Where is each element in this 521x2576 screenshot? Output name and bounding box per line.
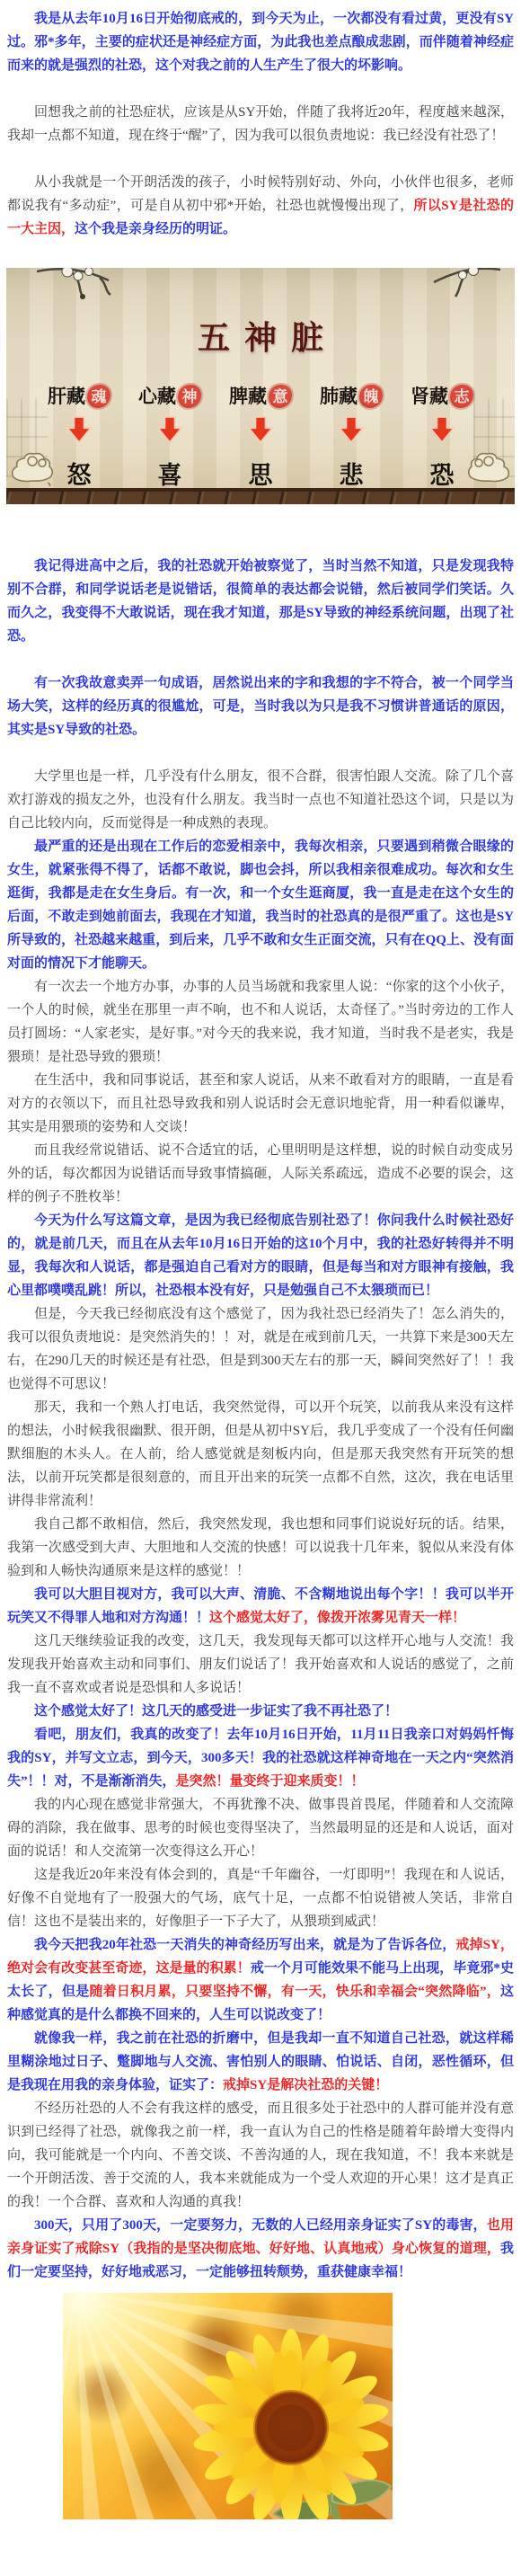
text-segment: 我是从去年10月16日开始彻底戒的，到今天为止，一次都没有看过黄，更没有SY过。… <box>7 12 514 73</box>
text-segment: 我记得进高中之后，我的社恐就开始被察觉了，当时当然不知道，只是发现我特别不合群，… <box>7 559 514 644</box>
emotion-label: 怒 <box>67 456 92 491</box>
spirit-stamp: 魄 <box>359 385 383 408</box>
down-arrow-icon <box>428 415 455 449</box>
text-segment: 最严重的还是出现在工作后的恋爱相亲中，我每次相亲，只要遇到稍微合眼缘的女生，就紧… <box>7 839 514 971</box>
organ-prefix: 肝藏 <box>48 386 85 407</box>
banner-column: 肝藏魂怒 <box>40 382 118 491</box>
five-organs-banner: 五神脏 肝藏魂怒心藏神喜脾藏意思肺藏魄悲肾藏志恐 <box>6 268 515 504</box>
paragraph: 我记得进高中之后，我的社恐就开始被察觉了，当时当然不知道，只是发现我特别不合群，… <box>7 555 514 648</box>
text-segment: 而且我经常说错话、说不合适宜的话，心里明明是这样想，说的时候自动变成另外的话，每… <box>7 1143 514 1204</box>
paragraph: 今天为什么写这篇文章，是因为我已经彻底告别社恐了！你问我什么时候社恐好的，就是前… <box>7 1209 514 1302</box>
text-segment: 我自己都不敢相信，然后，我突然发现，我也想和同事们说说好玩的话。结果，我第一次感… <box>7 1517 514 1578</box>
emotion-label: 喜 <box>158 456 182 491</box>
down-arrow-icon <box>156 415 183 449</box>
paragraph: 从小我就是一个开朗活泼的孩子，小时候特别好动、外向，小伙伴也很多，老师都说我有“… <box>7 171 514 241</box>
banner-column: 脾藏意思 <box>222 382 299 491</box>
down-arrow-icon <box>338 415 365 449</box>
text-segment: 今天为什么写这篇文章，是因为我已经彻底告别社恐了！你问我什么时候社恐好的，就是前… <box>7 1213 514 1298</box>
text-segment: 回想我之前的社恐症状，应该是从SY开始，伴随了我将近20年，程度越来越深，我却一… <box>7 105 514 143</box>
paragraph: 这是我近20年来没有体会到的，真是“千年幽谷，一灯即明”！我现在和人说话，好像不… <box>7 1863 514 1933</box>
sunflower-image <box>63 2293 393 2519</box>
organ-label: 肾藏志 <box>411 382 473 409</box>
down-arrow-icon <box>247 415 274 449</box>
organ-prefix: 肾藏 <box>411 386 448 407</box>
banner-column: 肾藏志恐 <box>403 382 481 491</box>
text-segment: 有一次我故意卖弄一句成语，居然说出来的字和我想的字不符合，被一个同学当场大笑，这… <box>7 676 514 737</box>
paragraph: 看吧，朋友们，我真的改变了！去年10月16日开始，11月11日我亲口对妈妈忏悔我… <box>7 1723 514 1793</box>
text-segment: 大学里也是一样，几乎没有什么朋友，很不合群，很害怕跟人交流。除了几个喜欢打游戏的… <box>7 769 514 831</box>
text-segment: 我的内心现在感觉非常强大，不再犹豫不决、做事畏首畏尾，伴随着和人交流障碍的消除，… <box>7 1798 514 1859</box>
paragraph: 而且我经常说错话、说不合适宜的话，心里明明是这样想，说的时候自动变成另外的话，每… <box>7 1139 514 1209</box>
organ-prefix: 心藏 <box>138 386 176 407</box>
paragraph: 300天，只用了300天，一定要努力，无数的人已经用亲身证实了SY的毒害，也用亲… <box>7 2214 514 2284</box>
paragraph: 我的内心现在感觉非常强大，不再犹豫不决、做事畏首畏尾，伴随着和人交流障碍的消除，… <box>7 1793 514 1863</box>
text-segment: 在生活中，我和同事说话，甚至和家人说话，从来不敢看对方的眼睛，一直是看对方的衣领… <box>7 1073 514 1134</box>
article-bottom: 我记得进高中之后，我的社恐就开始被察觉了，当时当然不知道，只是发现我特别不合群，… <box>0 555 521 2284</box>
wooden-floor-strip <box>6 488 515 504</box>
paragraph: 有一次去一个地方办事，办事的人员当场就和我家里人说：“你家的这个小伙子，一个人的… <box>7 975 514 1069</box>
emotion-label: 悲 <box>340 456 364 491</box>
paragraph: 但是，今天我已经彻底没有这个感觉了，因为我社恐已经消失了！怎么消失的，我可以很负… <box>7 1302 514 1396</box>
spirit-stamp: 意 <box>269 385 292 408</box>
paragraph: 回想我之前的社恐症状，应该是从SY开始，伴随了我将近20年，程度越来越深，我却一… <box>7 101 514 147</box>
paragraph: 这个感觉太好了！这几天的感受进一步证实了我不再社恐了！ <box>7 1700 514 1723</box>
plum-branch-ornament <box>402 268 500 302</box>
banner-title: 五神脏 <box>6 313 515 359</box>
paragraph: 不经历社恐的人不会有我这样的感受，而且很多处于社恐中的人群可能并没有意识到已经得… <box>7 2097 514 2214</box>
spirit-stamp: 神 <box>178 385 201 408</box>
paragraph: 最严重的还是出现在工作后的恋爱相亲中，我每次相亲，只要遇到稍微合眼缘的女生，就紧… <box>7 835 514 975</box>
paragraph: 我自己都不敢相信，然后，我突然发现，我也想和同事们说说好玩的话。结果，我第一次感… <box>7 1513 514 1583</box>
text-segment: 随着日积月累，只要坚持不懈，有一天，快乐和幸福会“突然降临”， <box>89 1985 500 1999</box>
text-segment: 是突然！量变终于迎来质变！！ <box>176 1774 365 1789</box>
organ-label: 脾藏意 <box>229 382 292 409</box>
organ-prefix: 脾藏 <box>229 386 267 407</box>
emotion-label: 思 <box>249 456 273 491</box>
plum-branch-ornament <box>37 268 154 306</box>
banner-column: 肺藏魄悲 <box>313 382 390 491</box>
paragraph: 我可以大胆目视对方，我可以大声、清脆、不含糊地说出每个字！！我可以半开玩笑又不得… <box>7 1583 514 1630</box>
text-segment: 这个我是亲身经历的明证。 <box>75 222 236 236</box>
paragraph: 大学里也是一样，几乎没有什么朋友，很不合群，很害怕跟人交流。除了几个喜欢打游戏的… <box>7 765 514 835</box>
organ-prefix: 肺藏 <box>320 386 358 407</box>
paragraph: 我今天把我20年社恐一天消失的神奇经历写出来，就是为了告诉各位，戒掉SY，绝对会… <box>7 1933 514 2027</box>
organ-label: 心藏神 <box>138 382 201 409</box>
down-arrow-icon <box>66 415 93 449</box>
page: 我是从去年10月16日开始彻底戒的，到今天为止，一次都没有看过黄，更没有SY过。… <box>0 0 521 2576</box>
article-top: 我是从去年10月16日开始彻底戒的，到今天为止，一次都没有看过黄，更没有SY过。… <box>0 7 521 241</box>
paragraph: 这几天继续验证我的改变，这几天，我发现每天都可以这样开心地与人交流！我发现我开始… <box>7 1630 514 1700</box>
paragraph: 有一次我故意卖弄一句成语，居然说出来的字和我想的字不符合，被一个同学当场大笑，这… <box>7 671 514 742</box>
sunflower-illustration <box>63 2293 393 2519</box>
paragraph: 在生活中，我和同事说话，甚至和家人说话，从来不敢看对方的眼睛，一直是看对方的衣领… <box>7 1069 514 1139</box>
text-segment: 但是，今天我已经彻底没有这个感觉了，因为我社恐已经消失了！怎么消失的，我可以很负… <box>7 1307 514 1391</box>
text-segment: 戒掉SY是解决社恐的关键！ <box>223 2078 388 2092</box>
paragraph: 就像我一样，我之前在社恐的折磨中，但是我却一直不知道自己社恐，就这样稀里糊涂地过… <box>7 2027 514 2097</box>
banner-columns: 肝藏魂怒心藏神喜脾藏意思肺藏魄悲肾藏志恐 <box>6 382 515 491</box>
emotion-label: 恐 <box>430 456 455 491</box>
paragraph: 我是从去年10月16日开始彻底戒的，到今天为止，一次都没有看过黄，更没有SY过。… <box>7 7 514 77</box>
organ-label: 肝藏魂 <box>48 382 110 409</box>
text-segment: 这个感觉太好了！这几天的感受进一步证实了我不再社恐了！ <box>34 1704 398 1719</box>
spirit-stamp: 志 <box>450 385 473 408</box>
text-segment: 300天，只用了300天，一定要努力，无数的人已经用亲身证实了SY的毒害， <box>34 2218 487 2233</box>
organ-label: 肺藏魄 <box>320 382 383 409</box>
spirit-stamp: 魂 <box>87 385 110 408</box>
text-segment: 这是我近20年来没有体会到的，真是“千年幽谷，一灯即明”！我现在和人说话，好像不… <box>7 1868 514 1929</box>
banner-column: 心藏神喜 <box>131 382 208 491</box>
text-segment: 我今天把我20年社恐一天消失的神奇经历写出来，就是为了告诉各位， <box>34 1938 455 1952</box>
text-segment: 那天，我和一个熟人打电话，我突然觉得，可以开个玩笑，以前我从来没有这样的想法，小… <box>7 1400 514 1508</box>
text-segment: 这几天继续验证我的改变，这几天，我发现每天都可以这样开心地与人交流！我发现我开始… <box>7 1634 514 1695</box>
text-segment: 不经历社恐的人不会有我这样的感受，而且很多处于社恐中的人群可能并没有意识到已经得… <box>7 2101 514 2209</box>
paragraph: 那天，我和一个熟人打电话，我突然觉得，可以开个玩笑，以前我从来没有这样的想法，小… <box>7 1396 514 1513</box>
text-segment: 这个感觉太好了，像拨开浓雾见青天一样！ <box>209 1611 465 1625</box>
text-segment: 有一次去一个地方办事，办事的人员当场就和我家里人说：“你家的这个小伙子，一个人的… <box>7 980 514 1064</box>
